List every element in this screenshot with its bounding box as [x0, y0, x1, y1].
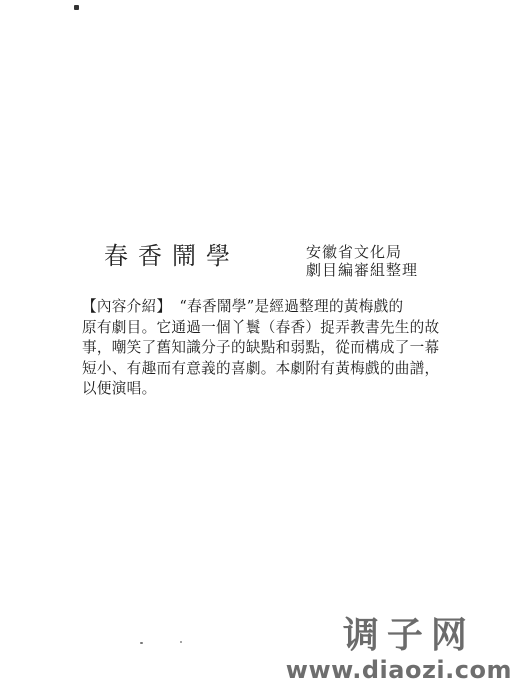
author-credit: 安徽省文化局 劇目編審組整理 — [306, 243, 418, 279]
site-watermark: 调子网 www.diaozi.com — [286, 616, 512, 684]
watermark-url: www.diaozi.com — [286, 656, 512, 684]
intro-text: “春香鬧學”是經過整理的黃梅戲的 — [179, 298, 403, 315]
intro-line-3: 事，嘲笑了舊知識分子的缺點和弱點，從而構成了一幕 — [82, 338, 470, 359]
intro-line-1: 【內容介紹】“春香鬧學”是經過整理的黃梅戲的 — [82, 297, 470, 318]
author-line-2: 劇目編審組整理 — [306, 261, 418, 279]
author-line-1: 安徽省文化局 — [306, 243, 418, 261]
intro-line-5: 以便演唱。 — [82, 379, 470, 400]
intro-label: 【內容介紹】 — [82, 298, 171, 315]
intro-line-4: 短小、有趣而有意義的喜劇。本劇附有黃梅戲的曲譜， — [82, 359, 470, 380]
content-introduction: 【內容介紹】“春香鬧學”是經過整理的黃梅戲的 原有劇目。它通過一個丫鬟（春香）捉… — [82, 297, 470, 400]
scan-speck — [180, 641, 182, 643]
scan-speck — [74, 5, 79, 10]
watermark-cn: 调子网 — [286, 616, 512, 656]
play-title: 春香鬧學 — [104, 244, 240, 268]
scan-speck — [140, 642, 143, 644]
intro-line-2: 原有劇目。它通過一個丫鬟（春香）捉弄教書先生的故 — [82, 318, 470, 339]
